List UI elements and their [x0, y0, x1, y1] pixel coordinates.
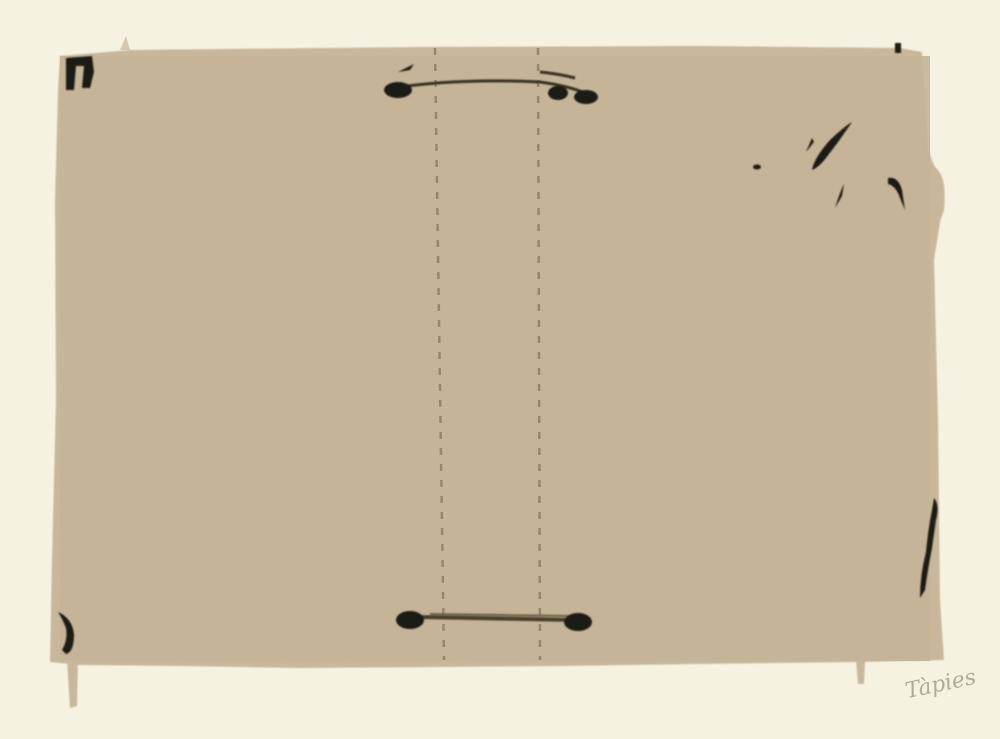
brown-field: [50, 36, 945, 708]
painting-canvas: [0, 0, 1000, 739]
artwork: Tàpies: [0, 0, 1000, 739]
